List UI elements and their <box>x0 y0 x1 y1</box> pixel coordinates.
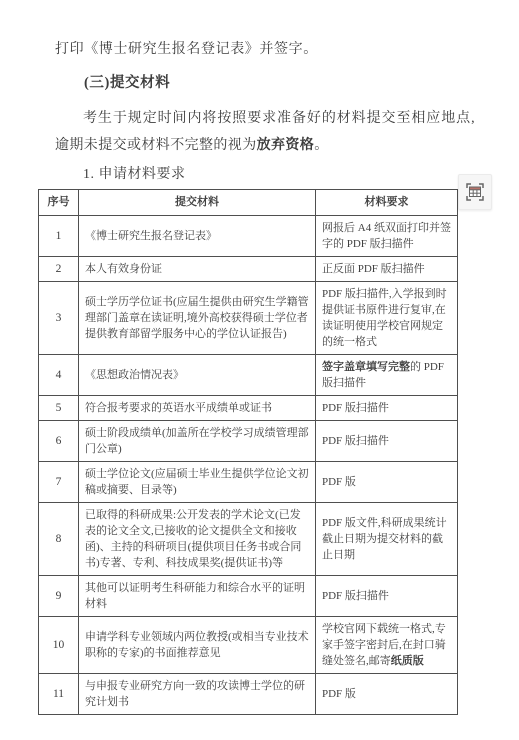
table-row: 10申请学科专业领域内两位教授(或相当专业技术职称的专家)的书面推荐意见学校官网… <box>39 617 458 674</box>
requirement-cell: 网报后 A4 纸双面打印并签字的 PDF 版扫描件 <box>316 216 458 257</box>
table-header-row: 序号 提交材料 材料要求 <box>39 190 458 216</box>
row-number-cell: 6 <box>39 421 79 462</box>
table-row: 8已取得的科研成果:公开发表的学术论文(已发表的论文全文,已接收的论文提供全文和… <box>39 503 458 576</box>
cell-text: 符合报考要求的英语水平成绩单或证书 <box>85 402 272 414</box>
table-row: 4《思想政治情况表》签字盖章填写完整的 PDF 版扫描件 <box>39 355 458 396</box>
section-heading: (三)提交材料 <box>55 73 475 93</box>
table-extract-button[interactable] <box>458 174 492 210</box>
cell-bold-text: 纸质版 <box>391 655 424 667</box>
col-header-no: 序号 <box>39 190 79 216</box>
requirement-cell: 学校官网下载统一格式,专家手签字密封后,在封口骑缝处签名,邮寄纸质版 <box>316 617 458 674</box>
cell-text: 硕士阶段成绩单(加盖所在学校学习成绩管理部门公章) <box>85 427 309 455</box>
paragraph-period: 。 <box>314 138 328 153</box>
cell-text: PDF 版扫描件 <box>322 402 389 414</box>
col-header-material: 提交材料 <box>79 190 316 216</box>
requirement-cell: PDF 版 <box>316 674 458 715</box>
cell-text: 已取得的科研成果:公开发表的学术论文(已发表的论文全文,已接收的论文提供全文和接… <box>85 509 301 569</box>
material-cell: 本人有效身份证 <box>79 257 316 282</box>
cell-text: 正反面 PDF 版扫描件 <box>322 263 425 275</box>
row-number-cell: 10 <box>39 617 79 674</box>
row-number-cell: 7 <box>39 462 79 503</box>
cell-text: 与申报专业研究方向一致的攻读博士学位的研究计划书 <box>85 680 305 708</box>
requirement-cell: PDF 版扫描件 <box>316 396 458 421</box>
row-number-cell: 11 <box>39 674 79 715</box>
cell-text: 申请学科专业领域内两位教授(或相当专业技术职称的专家)的书面推荐意见 <box>85 631 309 659</box>
cell-text: 其他可以证明考生科研能力和综合水平的证明材料 <box>85 582 305 610</box>
requirement-cell: PDF 版扫描件 <box>316 576 458 617</box>
row-number-cell: 1 <box>39 216 79 257</box>
row-number-cell: 2 <box>39 257 79 282</box>
table-row: 5符合报考要求的英语水平成绩单或证书PDF 版扫描件 <box>39 396 458 421</box>
material-cell: 硕士学历学位证书(应届生提供由研究生学籍管理部门盖章在读证明,境外高校获得硕士学… <box>79 282 316 355</box>
table-row: 2本人有效身份证正反面 PDF 版扫描件 <box>39 257 458 282</box>
cell-text: PDF 版 <box>322 688 356 700</box>
requirement-cell: 签字盖章填写完整的 PDF 版扫描件 <box>316 355 458 396</box>
cell-text: 《博士研究生报名登记表》 <box>85 230 217 242</box>
document-page: 打印《博士研究生报名登记表》并签字。 (三)提交材料 考生于规定时间内将按照要求… <box>0 0 519 740</box>
intro-line: 打印《博士研究生报名登记表》并签字。 <box>55 40 475 60</box>
document-content: 打印《博士研究生报名登记表》并签字。 (三)提交材料 考生于规定时间内将按照要求… <box>0 0 519 715</box>
requirement-cell: PDF 版扫描件 <box>316 421 458 462</box>
material-cell: 《博士研究生报名登记表》 <box>79 216 316 257</box>
row-number-cell: 4 <box>39 355 79 396</box>
cell-text: PDF 版扫描件,入学报到时提供证书原件进行复审,在读证明使用学校官网规定的统一… <box>322 288 447 348</box>
cell-text: PDF 版 <box>322 476 356 488</box>
row-number-cell: 8 <box>39 503 79 576</box>
cell-text: PDF 版文件,科研成果统计截止日期为提交材料的截止日期 <box>322 517 447 561</box>
cell-bold-text: 签字盖章填写完整 <box>322 361 410 373</box>
requirement-cell: PDF 版 <box>316 462 458 503</box>
paragraph-bold-text: 放弃资格 <box>257 138 315 153</box>
material-cell: 符合报考要求的英语水平成绩单或证书 <box>79 396 316 421</box>
table-extract-icon <box>465 182 485 202</box>
cell-text: PDF 版扫描件 <box>322 435 389 447</box>
list-item-application-materials: 1. 申请材料要求 <box>55 165 475 184</box>
table-row: 11与申报专业研究方向一致的攻读博士学位的研究计划书PDF 版 <box>39 674 458 715</box>
table-row: 6硕士阶段成绩单(加盖所在学校学习成绩管理部门公章)PDF 版扫描件 <box>39 421 458 462</box>
row-number-cell: 9 <box>39 576 79 617</box>
materials-table: 序号 提交材料 材料要求 1《博士研究生报名登记表》网报后 A4 纸双面打印并签… <box>38 189 458 715</box>
body-paragraph: 考生于规定时间内将按照要求准备好的材料提交至相应地点,逾期未提交或材料不完整的视… <box>55 105 475 159</box>
cell-text: 硕士学位论文(应届硕士毕业生提供学位论文初稿或摘要、目录等) <box>85 468 309 496</box>
cell-text: 网报后 A4 纸双面打印并签字的 PDF 版扫描件 <box>322 222 451 250</box>
material-cell: 《思想政治情况表》 <box>79 355 316 396</box>
material-cell: 硕士阶段成绩单(加盖所在学校学习成绩管理部门公章) <box>79 421 316 462</box>
material-cell: 已取得的科研成果:公开发表的学术论文(已发表的论文全文,已接收的论文提供全文和接… <box>79 503 316 576</box>
col-header-requirement: 材料要求 <box>316 190 458 216</box>
requirement-cell: PDF 版扫描件,入学报到时提供证书原件进行复审,在读证明使用学校官网规定的统一… <box>316 282 458 355</box>
row-number-cell: 5 <box>39 396 79 421</box>
requirement-cell: PDF 版文件,科研成果统计截止日期为提交材料的截止日期 <box>316 503 458 576</box>
requirement-cell: 正反面 PDF 版扫描件 <box>316 257 458 282</box>
table-row: 7硕士学位论文(应届硕士毕业生提供学位论文初稿或摘要、目录等)PDF 版 <box>39 462 458 503</box>
cell-text: PDF 版扫描件 <box>322 590 389 602</box>
table-row: 1《博士研究生报名登记表》网报后 A4 纸双面打印并签字的 PDF 版扫描件 <box>39 216 458 257</box>
cell-text: 学校官网下载统一格式,专家手签字密封后,在封口骑缝处签名,邮寄 <box>322 623 446 667</box>
material-cell: 硕士学位论文(应届硕士毕业生提供学位论文初稿或摘要、目录等) <box>79 462 316 503</box>
material-cell: 其他可以证明考生科研能力和综合水平的证明材料 <box>79 576 316 617</box>
table-row: 9其他可以证明考生科研能力和综合水平的证明材料PDF 版扫描件 <box>39 576 458 617</box>
table-row: 3硕士学历学位证书(应届生提供由研究生学籍管理部门盖章在读证明,境外高校获得硕士… <box>39 282 458 355</box>
cell-text: 本人有效身份证 <box>85 263 162 275</box>
cell-text: 硕士学历学位证书(应届生提供由研究生学籍管理部门盖章在读证明,境外高校获得硕士学… <box>85 296 309 340</box>
material-cell: 与申报专业研究方向一致的攻读博士学位的研究计划书 <box>79 674 316 715</box>
row-number-cell: 3 <box>39 282 79 355</box>
material-cell: 申请学科专业领域内两位教授(或相当专业技术职称的专家)的书面推荐意见 <box>79 617 316 674</box>
cell-text: 《思想政治情况表》 <box>85 369 184 381</box>
